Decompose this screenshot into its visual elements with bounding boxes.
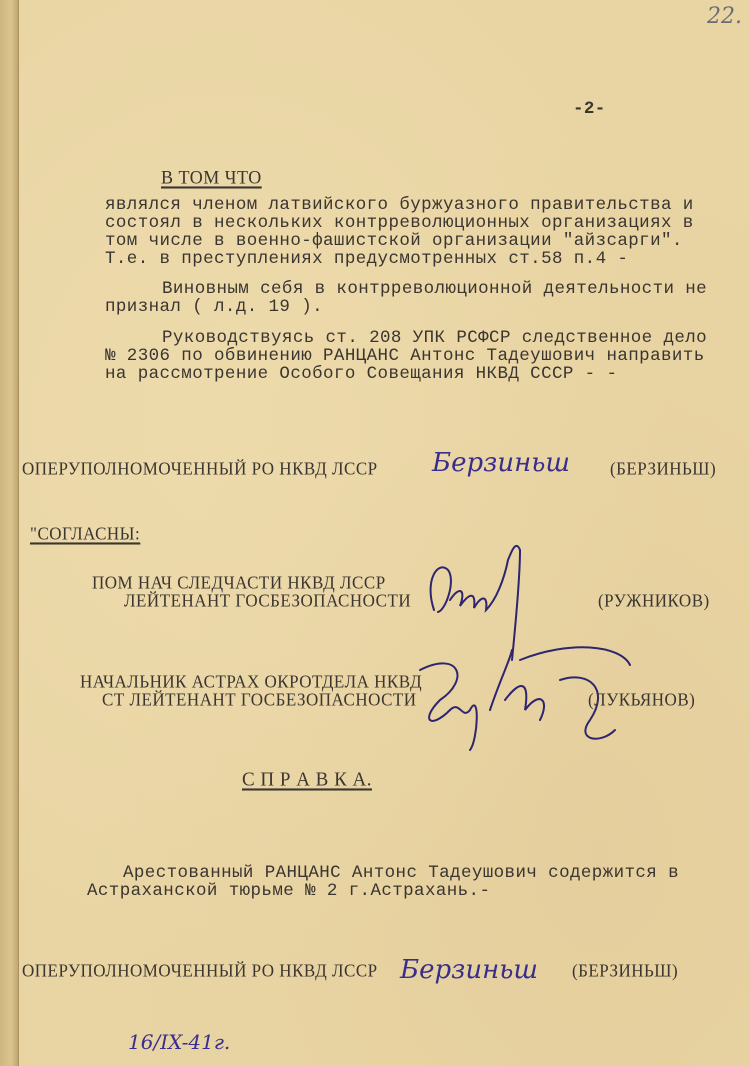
decision-line: на рассмотрение Особого Совещания НКВД С… xyxy=(105,365,617,384)
signatory-name: (БЕРЗИНЬШ) xyxy=(572,961,678,981)
signatory-title: ОПЕРУПОЛНОМОЧЕННЫЙ РО НКВД ЛССР xyxy=(22,459,378,479)
signatory-title-line2: ЛЕЙТЕНАНТ ГОСБЕЗОПАСНОСТИ xyxy=(124,591,411,611)
signatory-name: (ЛУКЬЯНОВ) xyxy=(588,690,695,710)
signatory-title-line2: СТ ЛЕЙТЕНАНТ ГОСБЕЗОПАСНОСТИ xyxy=(102,690,417,710)
document-page: 22. -2- В ТОМ ЧТО являлся членом латвийс… xyxy=(0,0,750,1066)
page-number: -2- xyxy=(573,100,606,119)
signatory-title: ОПЕРУПОЛНОМОЧЕННЫЙ РО НКВД ЛССР xyxy=(22,961,378,981)
certificate-heading: С П Р А В К А. xyxy=(242,770,372,790)
signatory-title-line1: ПОМ НАЧ СЛЕДЧАСТИ НКВД ЛССР xyxy=(92,573,386,593)
agreed-label-text: "СОГЛАСНЫ: xyxy=(30,524,140,544)
handwritten-signature: Берзиньш xyxy=(400,955,538,985)
plea-line: признал ( л.д. 19 ). xyxy=(105,298,323,317)
charge-heading: В ТОМ ЧТО xyxy=(161,168,262,188)
signatory-title-line1: НАЧАЛЬНИК АСТРАХ ОКРОТДЕЛА НКВД xyxy=(80,672,422,692)
signatory-name: (РУЖНИКОВ) xyxy=(598,591,710,611)
signatory-name: (БЕРЗИНЬШ) xyxy=(610,459,716,479)
folio-number: 22. xyxy=(707,4,742,29)
handwritten-signature: Берзиньш xyxy=(432,448,570,478)
charge-line: Т.е. в преступлениях предусмотренных ст.… xyxy=(105,250,628,269)
page-binding-edge xyxy=(0,0,19,1066)
agreed-label: "СОГЛАСНЫ: xyxy=(30,524,140,544)
certificate-line: Астраханской тюрьме № 2 г.Астрахань.- xyxy=(87,882,490,901)
handwritten-date: 16/IX-41г. xyxy=(128,1030,230,1054)
